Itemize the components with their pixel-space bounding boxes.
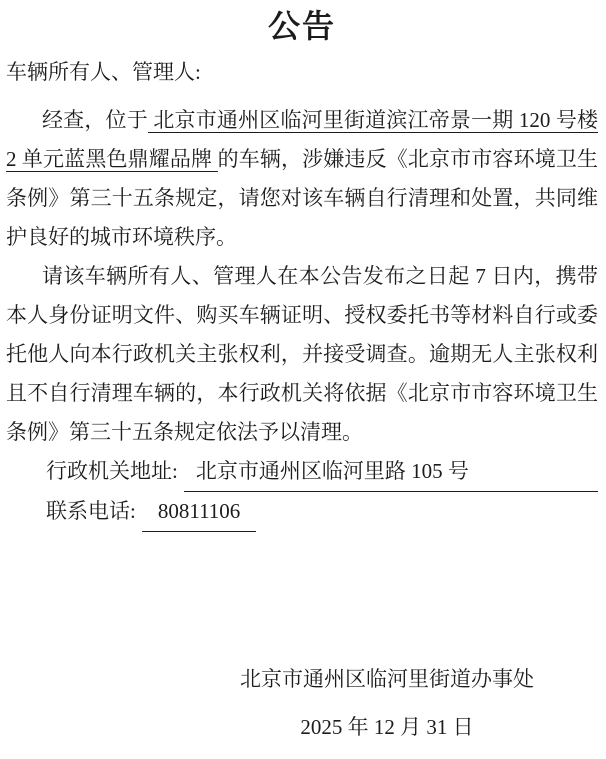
paragraph-claim-instructions: 请该车辆所有人、管理人在本公告发布之日起 7 日内，携带本人身份证明文件、购买车… bbox=[6, 257, 598, 452]
notice-title: 公告 bbox=[6, 4, 598, 48]
phone-value: 80811106 bbox=[142, 492, 256, 532]
address-value: 北京市通州区临河里路 105 号 bbox=[184, 452, 598, 492]
phone-label: 联系电话: bbox=[46, 492, 136, 531]
issue-date: 2025 年 12 月 31 日 bbox=[176, 708, 598, 747]
salutation-line: 车辆所有人、管理人: bbox=[6, 53, 598, 92]
issuer-name: 北京市通州区临河里街道办事处 bbox=[176, 660, 598, 699]
address-label: 行政机关地址: bbox=[46, 452, 178, 491]
address-line: 行政机关地址: 北京市通州区临河里路 105 号 bbox=[46, 452, 598, 492]
phone-line: 联系电话: 80811106 bbox=[46, 492, 598, 532]
signature-block: 北京市通州区临河里街道办事处 2025 年 12 月 31 日 bbox=[176, 660, 598, 747]
paragraph-vehicle-location: 经查，位于 北京市通州区临河里街道滨江帝景一期 120 号楼 2 单元蓝黑色鼎耀… bbox=[6, 101, 598, 257]
paragraph1-prefix: 经查，位于 bbox=[42, 108, 148, 132]
notice-document: 公告 车辆所有人、管理人: 经查，位于 北京市通州区临河里街道滨江帝景一期 12… bbox=[0, 0, 606, 759]
